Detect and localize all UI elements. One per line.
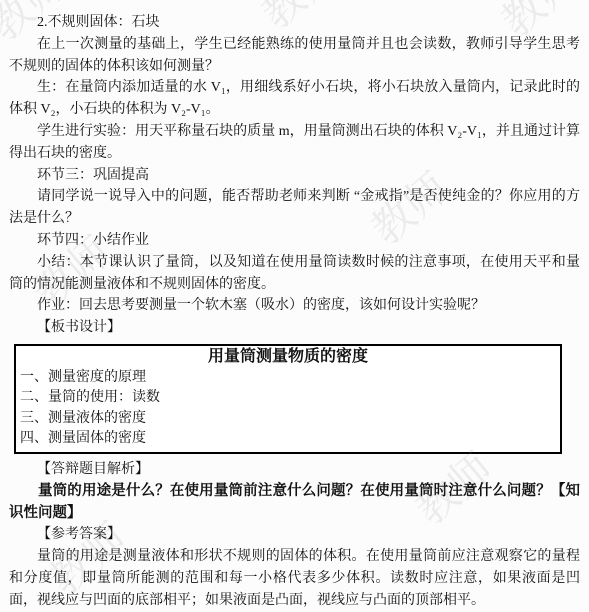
lesson-plan-document: 教师 教师 教师 教师 教师 教师 教师 2.不规则固体：石块 在上一次测量的基… [0, 0, 589, 612]
board-item-3: 三、测量液体的密度 [20, 409, 556, 430]
paragraph-step-three-question: 请同学说一说导入中的问题，能否帮助老师来判断 “金戒指”是否使纯金的？你应用的方… [9, 186, 580, 230]
board-design-box: 用量筒测量物质的密度 一、测量密度的原理 二、量筒的使用：读数 三、测量液体的密… [14, 344, 562, 454]
board-item-1: 一、测量密度的原理 [20, 368, 556, 389]
board-item-4: 四、测量固体的密度 [20, 429, 556, 450]
paragraph-measurement-basis: 在上一次测量的基础上，学生已经能熟练的使用量筒并且也会读数，教师引导学生思考不规… [9, 34, 580, 78]
heading-board-design: 【板书设计】 [9, 317, 580, 339]
paragraph-reference-answer: 量筒的用途是测量液体和形状不规则的固体的体积。在使用量筒前应注意观察它的量程和分… [9, 546, 580, 611]
heading-step-three: 环节三：巩固提高 [9, 165, 580, 187]
paragraph-experiment: 学生进行实验：用天平称量石块的质量 m，用量筒测出石块的体积 V₂-V₁，并且通… [9, 121, 580, 165]
board-item-2: 二、量筒的使用：读数 [20, 388, 556, 409]
heading-defense-analysis: 【答辩题目解析】 [9, 459, 580, 481]
paragraph-homework: 作业：回去思考要测量一个软木塞（吸水）的密度，该如何设计实验呢？ [9, 295, 580, 317]
paragraph-lesson-summary: 小结：本节课认识了量筒，以及知道在使用量筒读数时候的注意事项，在使用天平和量筒的… [9, 252, 580, 296]
heading-reference-answer: 【参考答案】 [9, 524, 580, 546]
paragraph-defense-question: 量筒的用途是什么？在使用量筒前注意什么问题？在使用量筒时注意什么问题？【知识性问… [9, 481, 580, 525]
paragraph-student-method: 生：在量筒内添加适量的水 V₁，用细线系好小石块，将小石块放入量筒内，记录此时的… [9, 77, 580, 121]
board-title: 用量筒测量物质的密度 [20, 346, 556, 368]
heading-step-four: 环节四：小结作业 [9, 230, 580, 252]
paragraph-irregular-solid-heading: 2.不规则固体：石块 [9, 12, 580, 34]
